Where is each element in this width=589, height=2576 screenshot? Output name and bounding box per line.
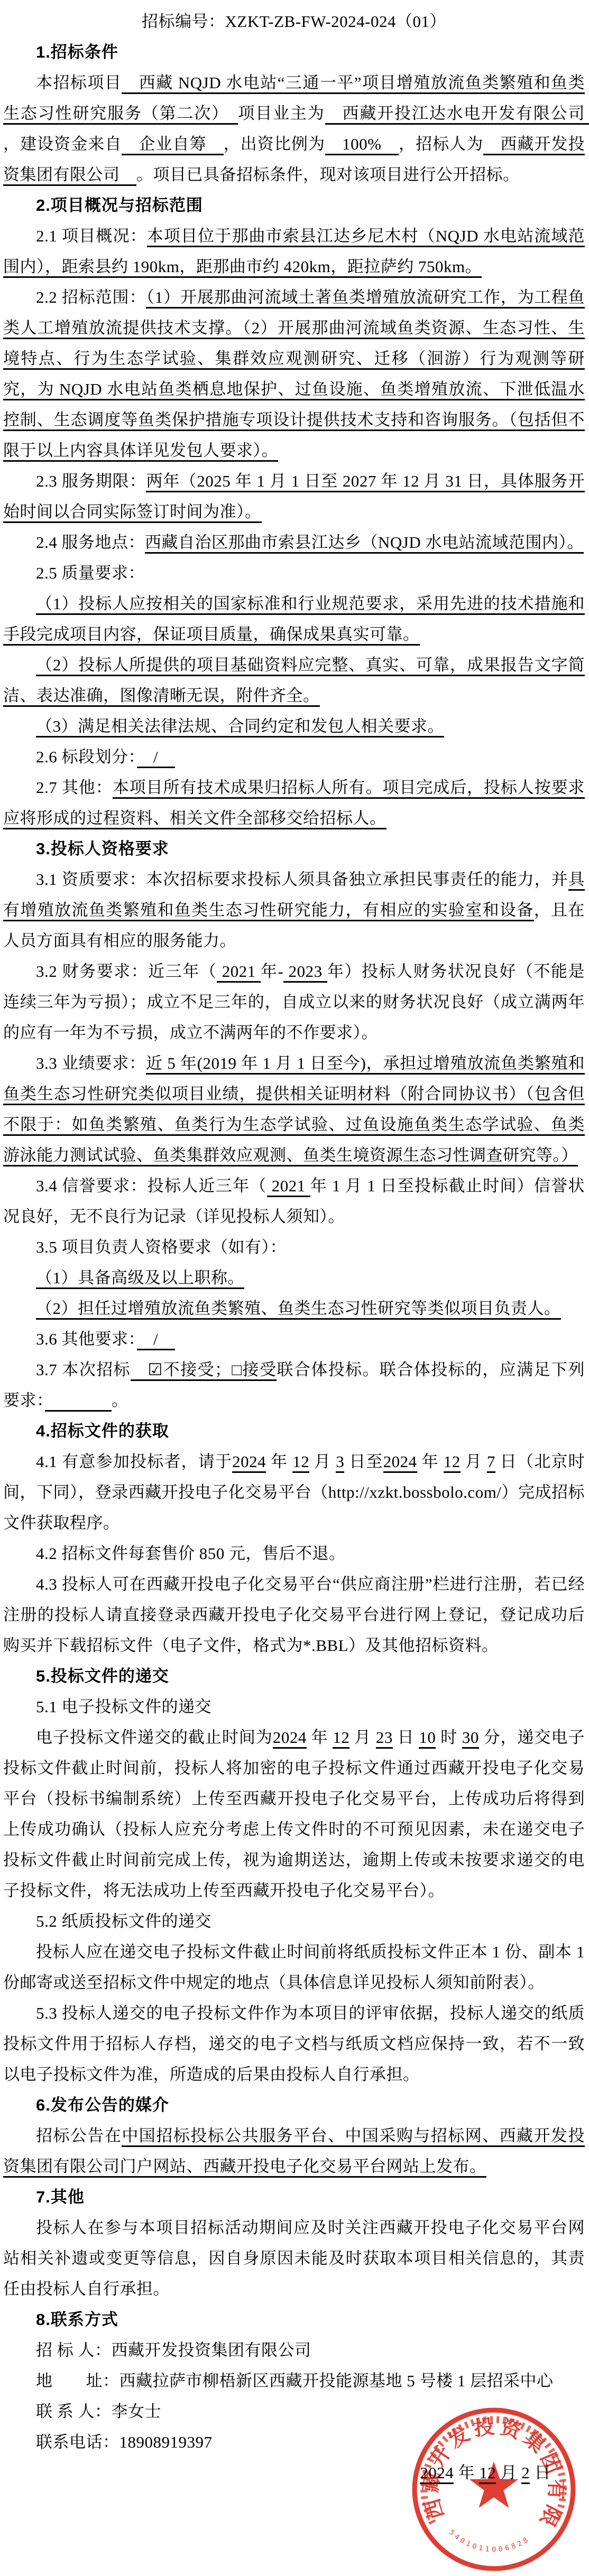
text-run: 3.1 资质要求：本次招标要求投标人须具备独立承担民事责任的能力，并 <box>36 870 568 889</box>
filled-blank: 西藏自治区那曲市索县江达乡（NQJD 水电站流域范围内）。 <box>145 533 584 554</box>
heading-1: 1.招标条件 <box>3 37 585 68</box>
filled-blank: 2023 <box>283 962 327 983</box>
text-run: 4.3 投标人可在西藏开投电子化交易平台“供应商注册”栏进行注册，若已经注册的投… <box>3 1575 585 1655</box>
seal-serial-number: 5401011006828 <box>447 2528 531 2554</box>
text-run: 年- <box>261 962 283 981</box>
para-2-5-1: （1）投标人应按相关的国家标准和行业规范要求，采用先进的技术措施和手段完成项目内… <box>3 589 585 650</box>
text-run: 月 <box>349 1728 375 1747</box>
text-run: 5.2 纸质投标文件的递交 <box>36 1912 211 1930</box>
text-run: 日至 <box>344 1452 383 1471</box>
para-6-1: 招标公告在中国招标投标公共服务平台、中国采购与招标网、西藏开发投资集团有限公司门… <box>3 2121 585 2182</box>
para-3-4: 3.4 信誉要求：投标人近三年（ 2021 年 1 月 1 日至投标截止时间）信… <box>3 1171 585 1232</box>
filled-blank: / <box>137 748 175 768</box>
text-run: 月 <box>309 1452 336 1471</box>
heading-3: 3.投标人资格要求 <box>3 834 585 864</box>
text-run: 联 系 人：李女士 <box>36 2402 161 2421</box>
heading-7: 7.其他 <box>3 2182 585 2213</box>
para-4-1: 4.1 有意参加投标者，请于2024 年 12 月 3 日至2024 年 12 … <box>3 1446 585 1538</box>
para-1-1: 本招标项目 西藏 NQJD 水电站“三通一平”项目增殖放流鱼类繁殖和鱼类生态习性… <box>3 68 585 190</box>
tender-announcement-page: 招标编号：XZKT-ZB-FW-2024-024（01）1.招标条件本招标项目 … <box>0 0 589 2576</box>
text-run: 年 <box>307 1728 333 1747</box>
filled-blank: 西藏开投江达水电开发有限公司 <box>325 104 589 125</box>
text-run: 2.7 其他： <box>36 778 113 797</box>
text-run: 地 址：西藏拉萨市柳梧新区西藏开投能源基地 5 号楼 1 层招采中心 <box>36 2372 554 2390</box>
text-run: 3.4 信誉要求：投标人近三年（ <box>36 1177 267 1195</box>
text-run: ，出资比例为 <box>224 135 325 153</box>
para-2-6: 2.6 标段划分： / <box>3 742 585 772</box>
heading-6: 6.发布公告的媒介 <box>3 2090 585 2121</box>
filled-blank: / <box>137 1330 175 1350</box>
text-run: 3.7 本次招标 <box>36 1360 131 1379</box>
text-run: 4.招标文件的获取 <box>36 1422 169 1440</box>
text-run: 1.招标条件 <box>36 43 118 61</box>
para-3-5-2: （2）担任过增殖放流鱼类繁殖、鱼类生态习性研究等类似项目负责人。 <box>3 1293 585 1324</box>
filled-blank: 23 <box>376 1728 393 1749</box>
filled-blank: 12 <box>292 1452 309 1473</box>
para-5-3: 5.3 投标人递交的电子投标文件作为本项目的评审依据，投标人递交的纸质投标文件用… <box>3 1998 585 2090</box>
filled-blank: 100% <box>325 135 399 155</box>
text-run: 5.投标文件的递交 <box>36 1667 169 1685</box>
document-body: 招标编号：XZKT-ZB-FW-2024-024（01）1.招标条件本招标项目 … <box>0 0 589 2488</box>
para-5-2: 投标人应在递交电子投标文件截止时间前将纸质投标文件正本 1 份、副本 1 份邮寄… <box>3 1937 585 1998</box>
para-4-3: 4.3 投标人可在西藏开投电子化交易平台“供应商注册”栏进行注册，若已经注册的投… <box>3 1569 585 1661</box>
filled-blank: 企业自筹 <box>122 135 223 155</box>
text-run: 日 <box>530 2463 551 2482</box>
date-line: 2024 年 12 月 2 日 <box>3 2458 585 2488</box>
heading-5: 5.投标文件的递交 <box>3 1661 585 1692</box>
text-run: 4.2 招标文件每套售价 850 元，售后不退。 <box>36 1544 346 1563</box>
filled-blank: 2021 <box>217 962 261 983</box>
text-run: 月 <box>461 1452 487 1471</box>
text-run: 招标编号：XZKT-ZB-FW-2024-024（01） <box>142 12 446 31</box>
text-run: 2.2 招标范围： <box>36 288 146 306</box>
text-run: 4.1 有意参加投标者，请于 <box>36 1452 232 1471</box>
para-3-5: 3.5 项目负责人资格要求（如有）： <box>3 1232 585 1263</box>
text-run: 3.6 其他要求： <box>36 1330 137 1348</box>
text-run: 6.发布公告的媒介 <box>36 2096 169 2114</box>
text-run: 2.项目概况与招标范围 <box>36 196 203 214</box>
filled-blank: 12 <box>444 1452 461 1473</box>
filled-blank: 12 <box>333 1728 349 1749</box>
para-2-3: 2.3 服务期限：两年（2025 年 1 月 1 日至 2027 年 12 月 … <box>3 466 585 527</box>
filled-blank: （1）具备高级及以上职称。 <box>36 1268 244 1289</box>
text-run: 年 <box>266 1452 292 1471</box>
text-run: 投标人在参与本项目招标活动期间应及时关注西藏开投电子化交易平台网站相关补遗或变更… <box>3 2218 585 2298</box>
text-run: 时 <box>436 1728 462 1747</box>
text-run: 3.5 项目负责人资格要求（如有）： <box>36 1238 287 1256</box>
text-run: 。项目已具备招标条件，现对该项目进行公开招标。 <box>136 165 520 184</box>
para-5-1: 电子投标文件递交的截止时间为2024 年 12 月 23 日 10 时 30 分… <box>3 1722 585 1906</box>
filled-blank: （1）开展那曲河流域土著鱼类增殖放流研究工作，为工程鱼类人工增殖放流提供技术支撑… <box>3 288 585 462</box>
para-2-4: 2.4 服务地点：西藏自治区那曲市索县江达乡（NQJD 水电站流域范围内）。 <box>3 527 585 558</box>
para-5-2-title: 5.2 纸质投标文件的递交 <box>3 1906 585 1937</box>
para-5-1-title: 5.1 电子投标文件的递交 <box>3 1692 585 1722</box>
para-3-7: 3.7 本次招标 ☑不接受；□接受联合体投标。联合体投标的，应满足下列要求： 。 <box>3 1355 585 1416</box>
filled-blank: （3）满足相关法律法规、合同约定和发包人相关要求。 <box>36 717 444 738</box>
text-run: 2.1 项目概况： <box>36 227 147 245</box>
filled-blank: 2024 <box>273 1728 307 1749</box>
text-run: 3.投标人资格要求 <box>36 839 169 858</box>
heading-8: 8.联系方式 <box>3 2304 585 2335</box>
text-run: 年 <box>417 1452 444 1471</box>
filled-blank: 12 <box>479 2463 496 2484</box>
filled-blank: 10 <box>419 1728 436 1749</box>
contact-phone: 联系电话：18908919397 <box>3 2427 585 2458</box>
filled-blank: 2024 <box>420 2463 454 2484</box>
text-run: 2.5 质量要求： <box>36 564 145 582</box>
text-run: 3.2 财务要求：近三年（ <box>36 962 217 981</box>
text-run: 5.3 投标人递交的电子投标文件作为本项目的评审依据，投标人递交的纸质投标文件用… <box>3 2004 585 2084</box>
filled-blank: 2021 <box>267 1177 310 1197</box>
text-run: 5.1 电子投标文件的递交 <box>36 1697 211 1716</box>
para-2-1: 2.1 项目概况：本项目位于那曲市索县江达乡尼木村（NQJD 水电站流域范围内）… <box>3 221 585 282</box>
text-run: 。 <box>112 1391 128 1410</box>
text-run: 分，递交电子投标文件截止时间前，投标人将加密的电子投标文件通过西藏开投电子化交易… <box>3 1728 585 1900</box>
filled-blank: 2024 <box>383 1452 417 1473</box>
text-run: 日 <box>393 1728 419 1747</box>
para-2-5-3: （3）满足相关法律法规、合同约定和发包人相关要求。 <box>3 711 585 742</box>
filled-blank: 2024 <box>232 1452 266 1473</box>
heading-4: 4.招标文件的获取 <box>3 1416 585 1446</box>
para-3-1: 3.1 资质要求：本次招标要求投标人须具备独立承担民事责任的能力，并具有增殖放流… <box>3 864 585 956</box>
para-2-2: 2.2 招标范围：（1）开展那曲河流域土著鱼类增殖放流研究工作，为工程鱼类人工增… <box>3 282 585 466</box>
text-run: 月 <box>496 2463 521 2482</box>
filled-blank: （2）投标人所提供的项目基础资料应完整、真实、可靠，成果报告文字简洁、表达准确，… <box>3 656 585 707</box>
para-3-6: 3.6 其他要求： / <box>3 1324 585 1355</box>
text-run: 2.4 服务地点： <box>36 533 145 552</box>
text-run: 7.其他 <box>36 2188 85 2206</box>
text-run: 联系电话：18908919397 <box>36 2433 213 2451</box>
para-3-2: 3.2 财务要求：近三年（ 2021 年- 2023 年）投标人财务状况良好（不… <box>3 956 585 1048</box>
text-run: 8.联系方式 <box>36 2310 118 2329</box>
heading-2: 2.项目概况与招标范围 <box>3 190 585 221</box>
text-run: 2.6 标段划分： <box>36 748 137 766</box>
text-run: 招 标 人：西藏开发投资集团有限公司 <box>36 2341 311 2359</box>
para-3-3: 3.3 业绩要求：近 5 年(2019 年 1 月 1 日至今)，承担过增殖放流… <box>3 1048 585 1171</box>
filled-blank: ☑不接受；□接受 <box>131 1360 277 1381</box>
filled-blank: 3 <box>336 1452 344 1473</box>
text-run: 投标人应在递交电子投标文件截止时间前将纸质投标文件正本 1 份、副本 1 份邮寄… <box>3 1943 585 1992</box>
text-run: 本招标项目 <box>36 73 122 92</box>
text-run: 项目业主为 <box>238 104 325 123</box>
para-7-1: 投标人在参与本项目招标活动期间应及时关注西藏开投电子化交易平台网站相关补遗或变更… <box>3 2213 585 2304</box>
para-2-5-2: （2）投标人所提供的项目基础资料应完整、真实、可靠，成果报告文字简洁、表达准确，… <box>3 650 585 711</box>
contact-address: 地 址：西藏拉萨市柳梧新区西藏开投能源基地 5 号楼 1 层招采中心 <box>3 2366 585 2396</box>
text-run: ，建设资金来自 <box>3 135 122 153</box>
filled-blank <box>45 1391 112 1412</box>
filled-blank: 30 <box>462 1728 479 1749</box>
text-run: 电子投标文件递交的截止时间为 <box>36 1728 273 1747</box>
filled-blank: 7 <box>487 1452 495 1473</box>
text-run: ，招标人为 <box>399 135 483 153</box>
text-run: 招标公告在 <box>36 2126 122 2145</box>
text-run: 年 <box>454 2463 479 2482</box>
text-run: 3.3 业绩要求： <box>36 1054 146 1072</box>
doc-number: 招标编号：XZKT-ZB-FW-2024-024（01） <box>3 6 585 37</box>
filled-blank: 2 <box>521 2463 530 2484</box>
contact-bidder: 招 标 人：西藏开发投资集团有限公司 <box>3 2335 585 2366</box>
filled-blank: （2）担任过增殖放流鱼类繁殖、鱼类生态习性研究等类似项目负责人。 <box>36 1299 561 1320</box>
para-2-5: 2.5 质量要求： <box>3 558 585 589</box>
filled-blank: （1）投标人应按相关的国家标准和行业规范要求，采用先进的技术措施和手段完成项目内… <box>3 594 585 646</box>
contact-person: 联 系 人：李女士 <box>3 2396 585 2427</box>
para-4-2: 4.2 招标文件每套售价 850 元，售后不退。 <box>3 1538 585 1569</box>
para-3-5-1: （1）具备高级及以上职称。 <box>3 1263 585 1293</box>
text-run: 2.3 服务期限： <box>36 472 146 490</box>
para-2-7: 2.7 其他：本项目所有技术成果归招标人所有。项目完成后，投标人按要求应将形成的… <box>3 772 585 834</box>
